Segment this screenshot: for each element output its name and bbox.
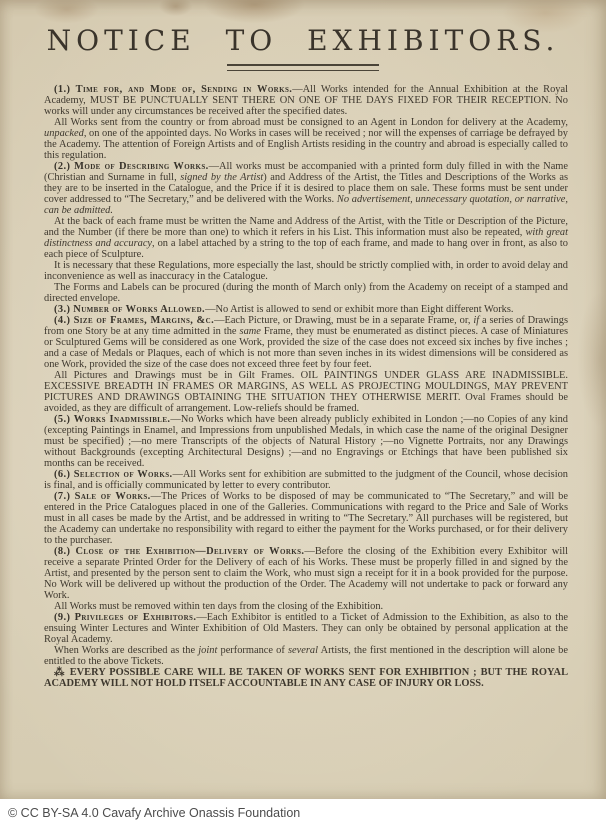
- paragraph: (9.) Privileges of Exhibitors.—Each Exhi…: [44, 612, 568, 645]
- paragraph: (2.) Mode of Describing Works.—All works…: [44, 161, 568, 216]
- notice-paragraphs: (1.) Time for, and Mode of, Sending in W…: [0, 84, 606, 689]
- paragraph: (4.) Size of Frames, Margins, &c.—Each P…: [44, 315, 568, 370]
- paragraph: (6.) Selection of Works.—All Works sent …: [44, 469, 568, 491]
- paragraph: (3.) Number of Works Allowed.—No Artist …: [44, 304, 568, 315]
- paragraph: When Works are described as the joint pe…: [44, 645, 568, 667]
- scanned-notice-page: NOTICE TO EXHIBITORS. (1.) Time for, and…: [0, 0, 606, 799]
- paragraph: The Forms and Labels can be procured (du…: [44, 282, 568, 304]
- paragraph: All Works sent from the country or from …: [44, 117, 568, 161]
- license-attribution-text: © CC BY-SA 4.0 Cavafy Archive Onassis Fo…: [0, 806, 300, 820]
- paragraph: (1.) Time for, and Mode of, Sending in W…: [44, 84, 568, 117]
- paragraph: (7.) Sale of Works.—The Prices of Works …: [44, 491, 568, 546]
- attribution-bar: © CC BY-SA 4.0 Cavafy Archive Onassis Fo…: [0, 799, 606, 826]
- title-double-rule: [227, 64, 379, 71]
- paragraph: (5.) Works Inadmissible.—No Works which …: [44, 414, 568, 469]
- paragraph: All Pictures and Drawings must be in Gil…: [44, 370, 568, 414]
- paragraph: (8.) Close of the Exhibition—Delivery of…: [44, 546, 568, 601]
- paragraph: ⁂ EVERY POSSIBLE CARE WILL BE TAKEN OF W…: [44, 667, 568, 689]
- paragraph: It is necessary that these Regulations, …: [44, 260, 568, 282]
- paragraph: All Works must be removed within ten day…: [44, 601, 568, 612]
- paragraph: At the back of each frame must be writte…: [44, 216, 568, 260]
- page-title: NOTICE TO EXHIBITORS.: [0, 0, 606, 57]
